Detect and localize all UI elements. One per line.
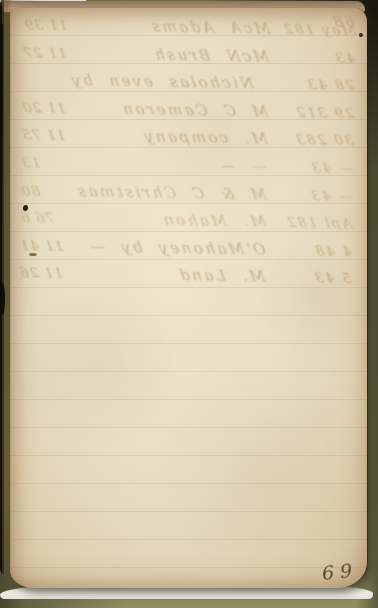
bleed-entry-text: — — [73,154,268,175]
bleed-entry-text: M C Cameron [74,99,269,120]
bleed-entry-amount: 13 [20,155,77,172]
bleed-entry-amount: 11 27 [22,45,79,62]
bleed-entry-no: May 182 [268,21,357,39]
bleed-through-writing: 68 May 182 McA Adams 11 39 43 McN Brush … [15,11,360,317]
bleed-entry-no: 5 43 [264,270,353,288]
binding-edge [0,0,12,576]
bleed-entry-no: Apl 182 [265,215,354,233]
bleed-entry-no: — 43 [266,159,355,177]
bleed-entry-amount: 11 20 [21,100,78,117]
bleed-row: 5 43 M. Land 11 26 [13,263,358,297]
bleed-entry-text: M. company [74,126,269,147]
bleed-entry-no: 4 48 [264,242,353,260]
ink-speck [359,33,363,37]
bleed-entry-amount [23,84,70,85]
ink-smudge [29,253,37,256]
bleed-entry-text: M. Mahon [72,209,267,230]
bleed-entry-amount: 11 26 [18,265,75,282]
bleed-entry-text: McA Adams [76,16,271,37]
bleed-entry-no: 30 283 [266,132,355,150]
bleed-entry-amount: 11 41 [18,238,75,255]
bleed-entry-amount: 11 75 [20,127,77,144]
bleed-entry-no: — 43 [265,187,354,205]
notebook-scan: 68 May 182 McA Adams 11 39 43 McN Brush … [0,0,378,608]
bleed-entry-text: Nicholas even by [68,71,281,93]
page-number: 69 [321,559,359,585]
bleed-entry-amount: 80 [19,183,76,200]
bleed-entry-text: O'Mahoney by — [72,237,267,258]
bleed-entry-text: M & C Christmas [73,182,268,203]
bleed-entry-text: McN Brush [75,44,270,65]
bleed-entry-amount: 76 6 [19,210,76,227]
bleed-entry-amount: 11 39 [22,17,79,34]
bleed-entry-no: 29 312 [267,104,356,122]
notebook-page: 68 May 182 McA Adams 11 39 43 McN Brush … [10,8,367,588]
bleed-entry-text: M. Land [71,264,266,285]
bleed-entry-no: 28 43 [278,77,356,94]
bleed-entry-no: 43 [268,49,357,67]
